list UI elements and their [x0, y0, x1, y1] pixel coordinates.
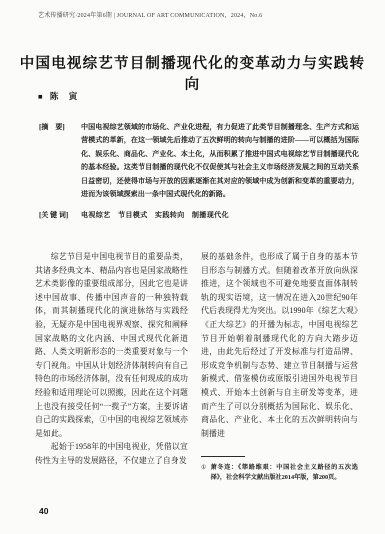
abstract-row: [摘 要] 中国电视综艺领域的市场化、产业化进程，有力促进了此类节目制播理念、生… — [39, 121, 359, 201]
article-title: 中国电视综艺节目制播现代化的变革动力与实践转向 — [18, 52, 367, 94]
journal-header: 艺术传播研究·2024年第6期 | JOURNAL OF ART COMMUNI… — [38, 10, 365, 19]
footnote-block: ① 萧冬连：《筚路维艰：中国社会主义路径的五次选择》，社会科学文献出版社2014… — [201, 456, 358, 484]
body-paragraph-1: 综艺节目是中国电视节目的重要品类，其诸多经典文本、精品内容也是国家战略性艺术类影… — [35, 250, 188, 440]
body-column-right: 展的基础条件，也形成了属于自身的基本节目形态与制播方式。但随着改革开放向纵深推进… — [201, 250, 358, 453]
author-line: ■ 陈 寅 — [38, 90, 81, 102]
footnote-text: 萧冬连：《筚路维艰：中国社会主义路径的五次选择》，社会科学文献出版社2014年版… — [211, 463, 358, 484]
author-name: 陈 寅 — [50, 91, 81, 101]
footnote-marker: ① — [201, 463, 207, 484]
keywords-label: [关 键 词] — [39, 209, 75, 222]
journal-page: 艺术传播研究·2024年第6期 | JOURNAL OF ART COMMUNI… — [0, 0, 385, 534]
footnote-divider — [201, 456, 245, 457]
abstract-keywords-block: [摘 要] 中国电视综艺领域的市场化、产业化进程，有力促进了此类节目制播理念、生… — [39, 121, 359, 229]
abstract-label: [摘 要] — [39, 121, 75, 201]
author-square-icon: ■ — [38, 92, 43, 101]
body-paragraph-2-continued: 展的基础条件，也形成了属于自身的基本节目形态与制播方式。但随着改革开放向纵深推进… — [201, 250, 358, 440]
body-column-left: 综艺节目是中国电视节目的重要品类，其诸多经典文本、精品内容也是国家战略性艺术类影… — [35, 250, 188, 500]
body-paragraph-2: 起始于1958年的中国电视业，凭借以宣传性为主导的发展路径，不仅建立了自身发 — [35, 440, 188, 467]
page-number: 40 — [39, 506, 48, 516]
keywords-text: 电视综艺 节目模式 实践转向 制播现代化 — [81, 209, 359, 222]
keywords-row: [关 键 词] 电视综艺 节目模式 实践转向 制播现代化 — [39, 209, 359, 222]
abstract-text: 中国电视综艺领域的市场化、产业化进程，有力促进了此类节目制播理念、生产方式和运营… — [81, 121, 359, 201]
footnote: ① 萧冬连：《筚路维艰：中国社会主义路径的五次选择》，社会科学文献出版社2014… — [201, 463, 358, 484]
